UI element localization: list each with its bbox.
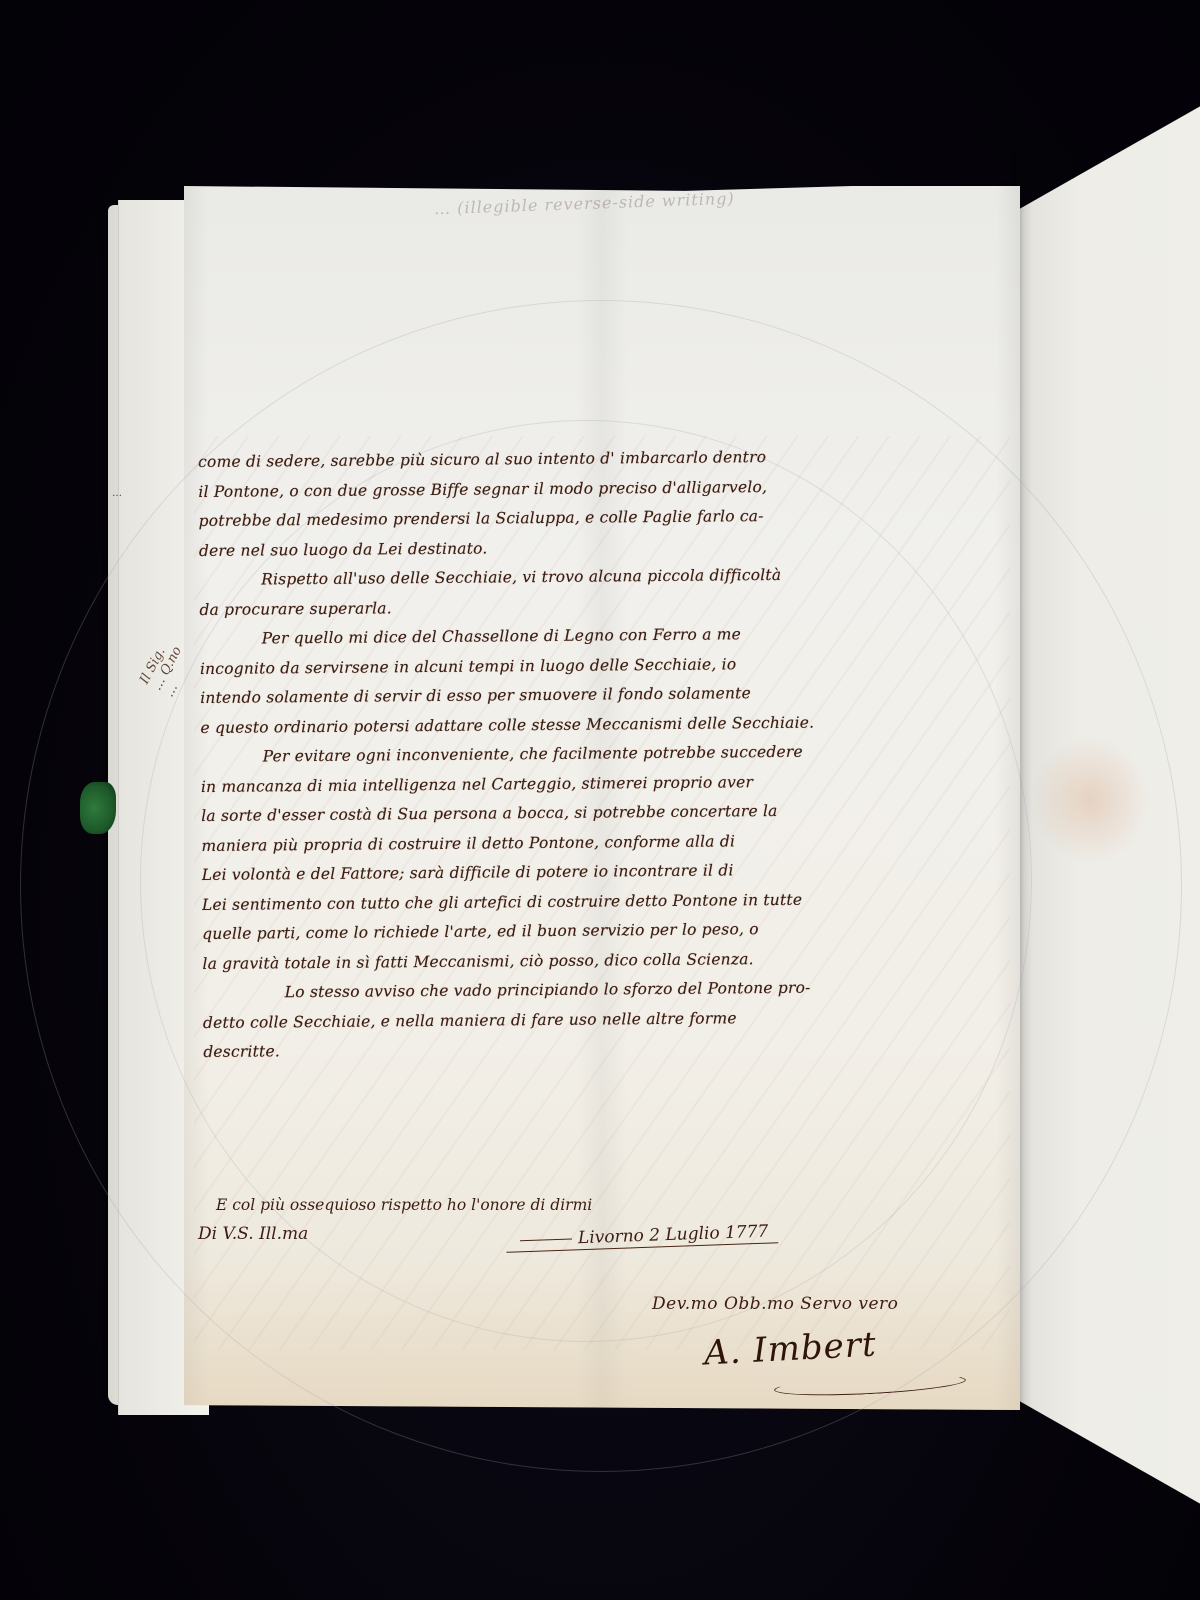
margin-note-top: …	[112, 488, 122, 499]
letter-body: come di sedere, sarebbe più sicuro al su…	[198, 441, 1015, 1068]
letter-page: … (illegible reverse-side writing) come …	[184, 186, 1020, 1410]
facing-page-right	[1020, 95, 1200, 1515]
green-ribbon-tab	[80, 782, 116, 834]
closing-formula: E col più ossequioso rispetto ho l'onore…	[198, 1191, 1010, 1220]
top-bleedthrough-text: … (illegible reverse-side writing)	[434, 189, 735, 218]
paper-stain	[1030, 735, 1150, 865]
date-lead-line	[520, 1238, 572, 1242]
document-photo: … Il Sig. … Q.no … … (illegible reverse-…	[0, 0, 1200, 1600]
valediction: Dev.mo Obb.mo Servo vero	[652, 1294, 898, 1314]
